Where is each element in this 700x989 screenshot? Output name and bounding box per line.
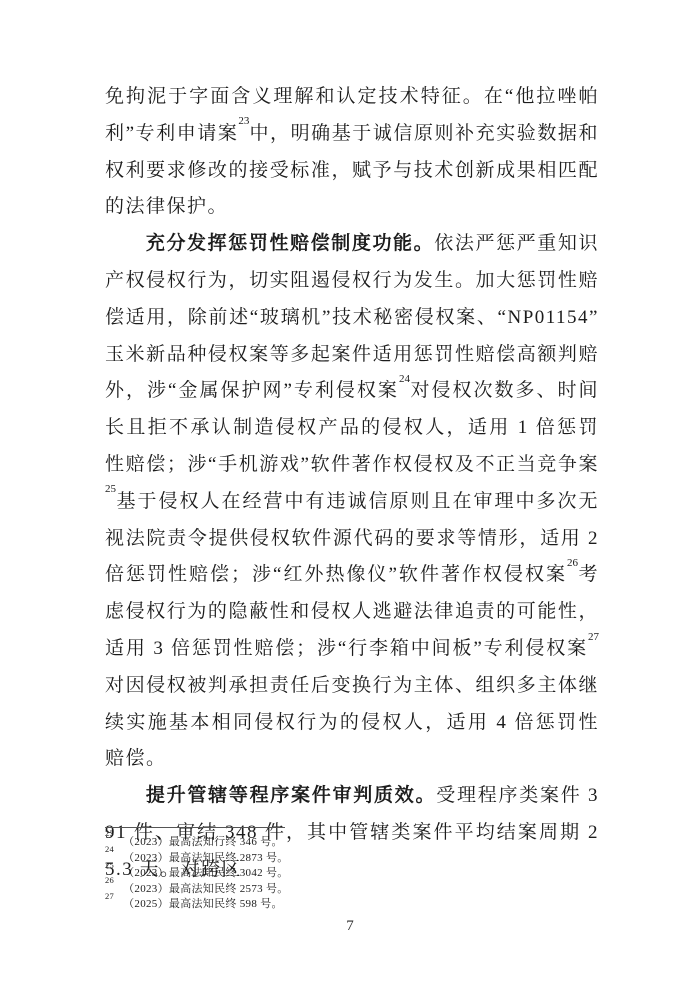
page-number: 7	[0, 918, 700, 935]
footnote-text: （2023）最高法知行终 346 号。	[123, 836, 283, 848]
footnote-ref-26: 26	[567, 557, 578, 569]
footnote-ref-24: 24	[399, 373, 410, 385]
footnote-text: （2025）最高法知民终 598 号。	[123, 898, 283, 910]
page-body: 免拘泥于字面含义理解和认定技术特征。在“他拉唑帕利”专利申请案23中，明确基于诚…	[105, 79, 599, 889]
footnote-ref-23: 23	[238, 115, 249, 127]
document-page: 免拘泥于字面含义理解和认定技术特征。在“他拉唑帕利”专利申请案23中，明确基于诚…	[0, 0, 700, 989]
footnote-separator	[105, 827, 285, 828]
paragraph-patent-application: 免拘泥于字面含义理解和认定技术特征。在“他拉唑帕利”专利申请案23中，明确基于诚…	[105, 79, 599, 226]
footnote-item: 23（2023）最高法知行终 346 号。	[105, 835, 599, 851]
footnote-ref-27: 27	[588, 631, 599, 643]
paragraph-lead-bold: 提升管辖等程序案件审判质效。	[146, 785, 436, 806]
footnote-ref-25: 25	[105, 483, 116, 495]
paragraph-lead-bold: 充分发挥惩罚性赔偿制度功能。	[146, 233, 434, 254]
footnote-item: 26（2023）最高法知民终 2573 号。	[105, 882, 599, 898]
footnote-text: （2023）最高法知民终 2573 号。	[123, 883, 289, 895]
footnote-item: 27（2025）最高法知民终 598 号。	[105, 897, 599, 913]
paragraph-text: 依法严惩严重知识产权侵权行为，切实阻遏侵权行为发生。加大惩罚性赔偿适用，除前述“…	[105, 233, 599, 401]
paragraph-text: 对因侵权被判承担责任后变换行为主体、组织多主体继续实施基本相同侵权行为的侵权人，…	[105, 675, 599, 770]
footnote-item: 24（2023）最高法知民终 2873 号。	[105, 851, 599, 867]
footnotes-section: 23（2023）最高法知行终 346 号。 24（2023）最高法知民终 287…	[105, 827, 599, 913]
footnote-text: （2023）最高法知民终 2873 号。	[123, 852, 289, 864]
footnote-item: 25（2023）最高法知民终 3042 号。	[105, 866, 599, 882]
paragraph-punitive-damages: 充分发挥惩罚性赔偿制度功能。依法严惩严重知识产权侵权行为，切实阻遏侵权行为发生。…	[105, 226, 599, 778]
footnote-text: （2023）最高法知民终 3042 号。	[123, 867, 289, 879]
paragraph-text: 基于侵权人在经营中有违诚信原则且在审理中多次无视法院责令提供侵权软件源代码的要求…	[105, 491, 599, 586]
